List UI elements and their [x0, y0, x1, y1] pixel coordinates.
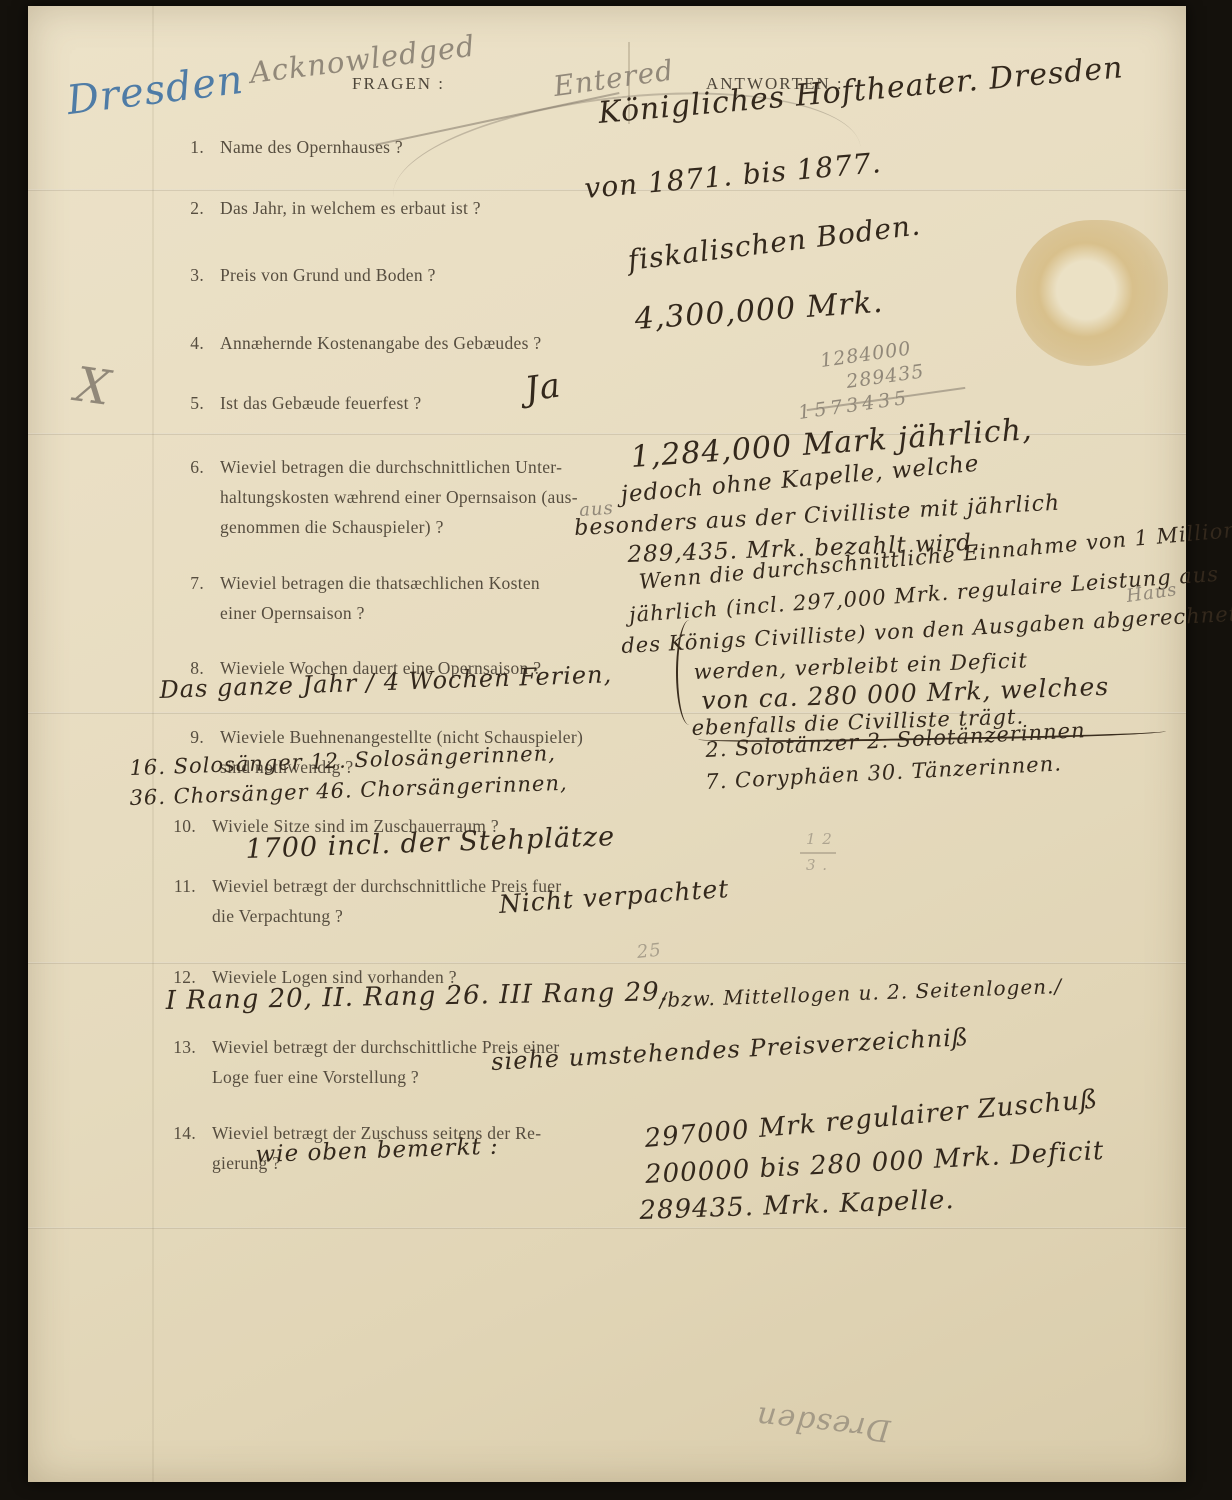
question-number: 14.: [160, 1118, 196, 1178]
question-7: 7.Wieviel betragen die thatsæchlichen Ko…: [168, 568, 660, 628]
question-number: 4.: [168, 328, 204, 358]
question-text: Preis von Grund und Boden ?: [220, 260, 660, 290]
question-number: 11.: [160, 871, 196, 931]
question-number: 13.: [160, 1032, 196, 1092]
question-number: 7.: [168, 568, 204, 628]
question-number: 1.: [168, 132, 204, 162]
question-4: 4.Annæhernde Kostenangabe des Gebæudes ?: [168, 328, 660, 358]
faint-fraction-rule: [800, 852, 836, 854]
question-1: 1.Name des Opernhauses ?: [168, 132, 660, 162]
question-text: Annæhernde Kostenangabe des Gebæudes ?: [220, 328, 660, 358]
question-3: 3.Preis von Grund und Boden ?: [168, 260, 660, 290]
question-text: Ist das Gebæude feuerfest ?: [220, 388, 660, 418]
question-number: 5.: [168, 388, 204, 418]
faint-fraction-bottom: 3 .: [806, 856, 828, 874]
faint-25-pencil: 25: [636, 940, 663, 963]
question-number: 10.: [160, 811, 196, 841]
question-number: 6.: [168, 452, 204, 542]
fragen-header: FRAGEN :: [352, 74, 445, 94]
question-number: 3.: [168, 260, 204, 290]
question-text: Wieviel betragen die thatsæchlichen Kost…: [220, 568, 660, 628]
question-number: 2.: [168, 193, 204, 223]
faint-fraction-top: 1 2: [806, 830, 833, 848]
question-5: 5.Ist das Gebæude feuerfest ?: [168, 388, 660, 418]
scanned-questionnaire-page: FRAGEN : ANTWORTEN : Dresden Acknowledge…: [0, 0, 1232, 1500]
question-text: Name des Opernhauses ?: [220, 132, 660, 162]
answer-5-handwriting: Ja: [522, 365, 563, 410]
